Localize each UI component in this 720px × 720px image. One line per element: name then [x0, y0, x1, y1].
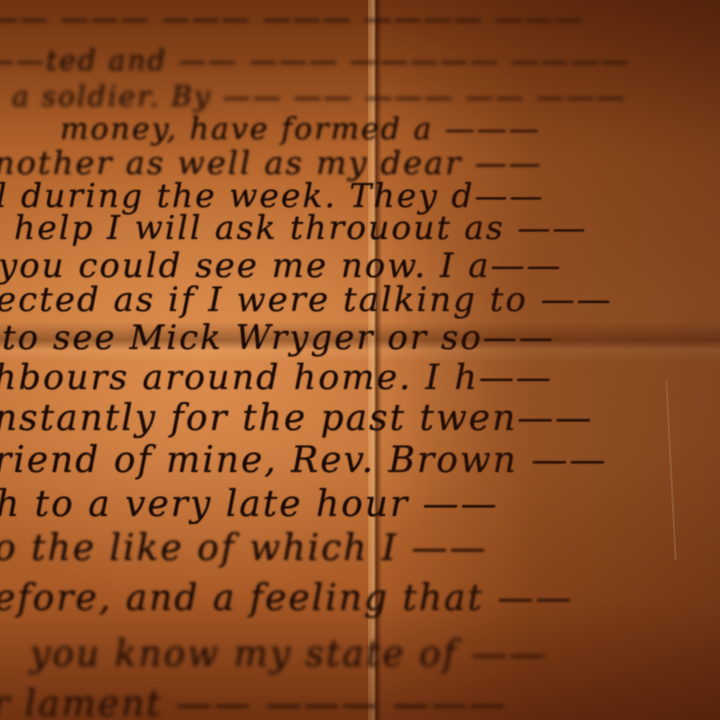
letter-photo: —— ——— ——— ——— ———— ——— ——ted and —— ———… [0, 0, 720, 720]
vignette-bottom [0, 600, 720, 720]
